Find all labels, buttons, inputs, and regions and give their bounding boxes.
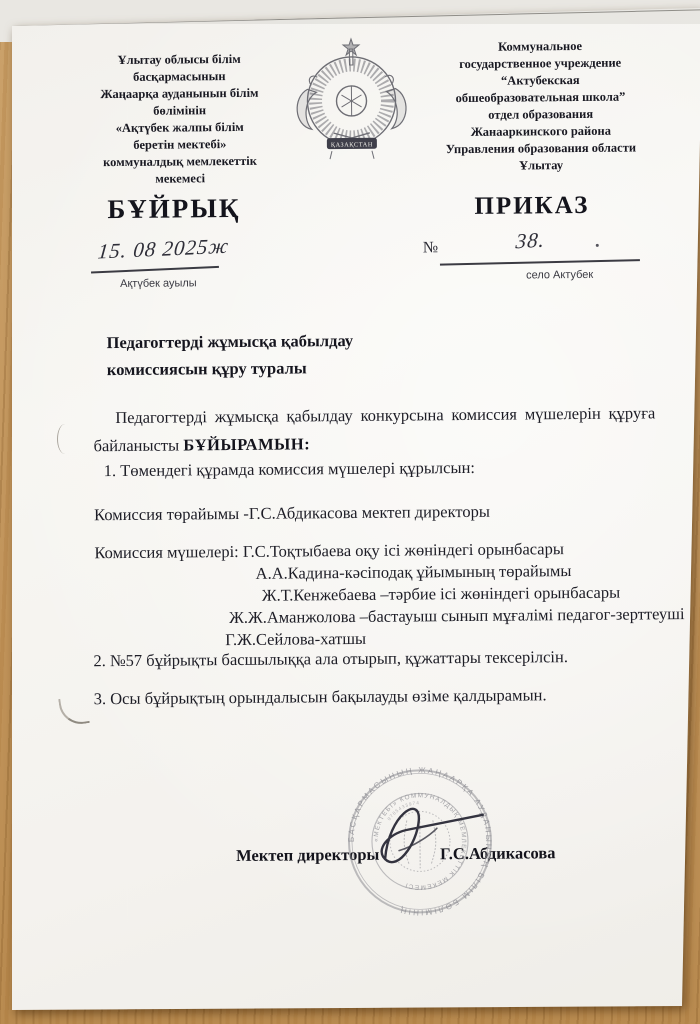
commission-member: А.А.Кадина-кәсіподақ ұйымының төрайымы (256, 561, 572, 584)
order-point-3: 3. Осы бұйрықтың орындалысын бақылауды ө… (94, 685, 547, 709)
org-name-kazakh: Ұлытау облысы білім басқармасынын Жаңаар… (74, 51, 285, 189)
intro-resolution-word: БҰЙЫРАМЫН: (183, 434, 310, 454)
order-subject: Педагогтерді жұмысқа қабылдау комиссиясы… (106, 327, 353, 383)
order-title-kazakh: БҰЙРЫҚ (107, 193, 240, 225)
paper-shadow-wrap: Ұлытау облысы білім басқармасынын Жаңаар… (0, 0, 700, 1024)
commission-member: Г.Ж.Сейлова-хатшы (225, 629, 366, 650)
commission-member: Ж.Ж.Аманжолова –бастауыш сынып мұғалімі … (229, 604, 685, 628)
handwritten-date: 15. 08 2025ж (97, 234, 231, 265)
commission-members-label-line: Комиссия мүшелері: Г.С.Тоқтыбаева оқу іс… (94, 539, 564, 563)
school-stamp: БАСҚАРМАСЫНЫҢ ЖАҢААРҚА АУДАНЫНЫҢ БІЛІМ Б… (332, 754, 514, 936)
kazakhstan-emblem-icon: ҚАЗАҚСТАН (289, 32, 414, 165)
date-underline (91, 266, 219, 274)
order-title-russian: ПРИКАЗ (474, 192, 589, 221)
document-content: Ұлытау облысы білім басқармасынын Жаңаар… (0, 0, 700, 1024)
org-name-russian: Коммунальное государственное учреждение … (414, 37, 667, 175)
order-point-2: 2. №57 бұйрықты басшылыққа ала отырып, қ… (93, 647, 568, 671)
commission-chair-line: Комиссия төрайымы -Г.С.Абдикасова мектеп… (94, 502, 490, 525)
order-number-label: № (423, 239, 438, 257)
intro-paragraph: Педагогтерді жұмысқа қабылдау конкурсына… (93, 399, 655, 460)
number-underline (440, 259, 640, 265)
place-name-kazakh: Ақтүбек ауылы (120, 277, 197, 290)
document-page: Ұлытау облысы білім басқармасынын Жаңаар… (0, 0, 700, 1024)
emblem-banner-text: ҚАЗАҚСТАН (331, 141, 373, 148)
stray-ink-dot (596, 244, 599, 247)
intro-text: Педагогтерді жұмысқа қабылдау конкурсына… (93, 403, 655, 455)
commission-member: Ж.Т.Кенжебаева –тәрбие ісі жөніндегі оры… (262, 583, 620, 606)
handwritten-order-number: 38. (515, 227, 546, 254)
order-point-1: 1. Төмендегі құрамда комиссия мүшелері қ… (104, 458, 475, 481)
place-name-russian: село Актубек (526, 269, 593, 282)
